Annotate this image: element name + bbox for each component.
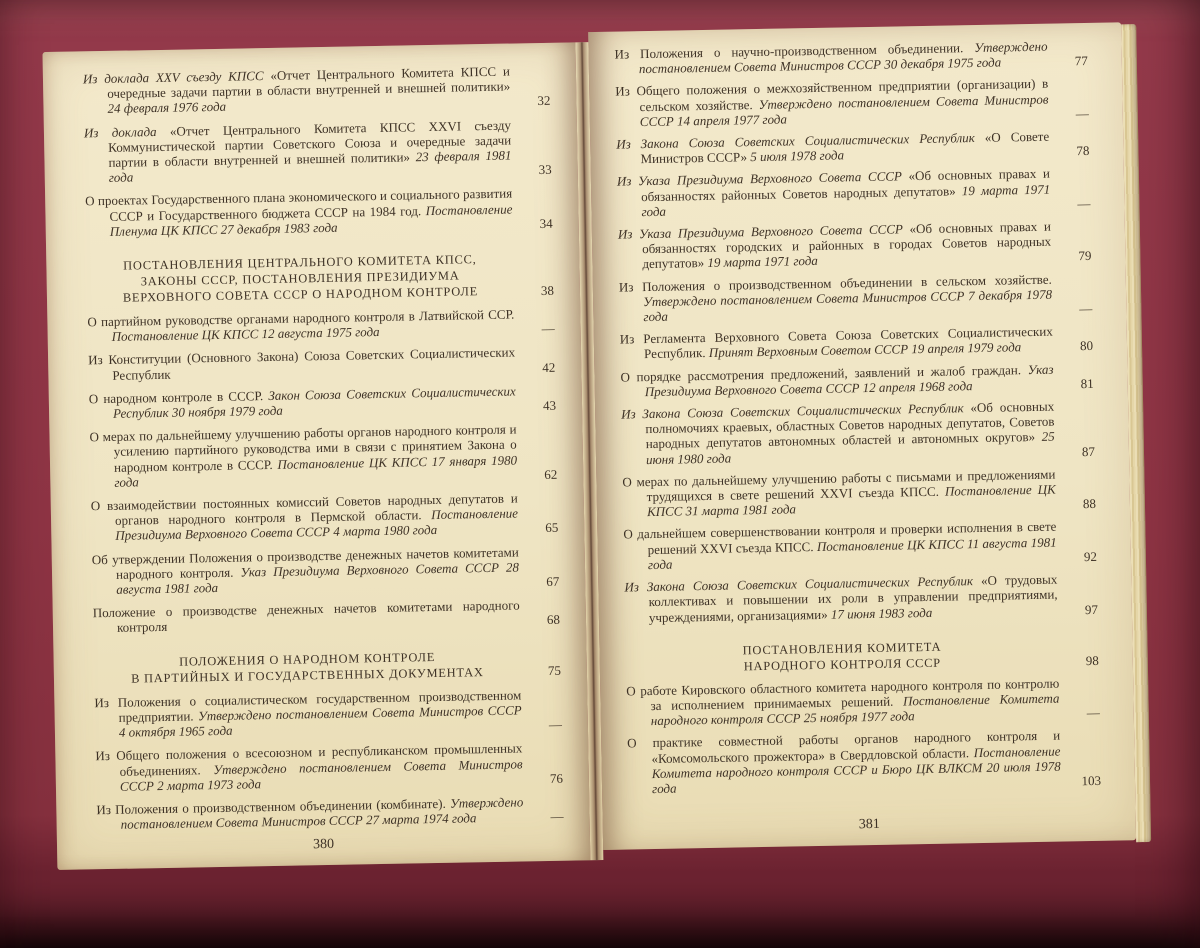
toc-entry: Из Конституции (Основного Закона) Союза …: [88, 344, 555, 383]
entry-page-number: 42: [515, 359, 555, 375]
entry-text: О дальнейшем совершенствовании контроля …: [623, 519, 1057, 573]
header-line: НАРОДНОГО КОНТРОЛЯ СССР: [744, 655, 941, 673]
toc-entry: Об утверждении Положения о производстве …: [92, 543, 560, 597]
entry-segment: 5 июля 1978 года: [750, 148, 844, 165]
entry-text: О работе Кировского областного комитета …: [626, 675, 1060, 729]
toc-entry: О взаимодействии постоянных комиссий Сов…: [91, 490, 559, 544]
header-line: ПОСТАНОВЛЕНИЯ КОМИТЕТА: [743, 639, 942, 657]
entry-page-number: 88: [1056, 496, 1096, 512]
entry-text: О партийном руководстве органами народно…: [87, 307, 514, 345]
toc-entry: О проектах Государственного плана эконом…: [85, 185, 553, 239]
entry-page-number: 75: [521, 663, 561, 679]
entry-page-number: 67: [519, 574, 559, 590]
toc-entry: О работе Кировского областного комитета …: [626, 675, 1100, 729]
entry-text: Из Положения о производственном объедине…: [96, 794, 523, 832]
entry-page-number: 33: [512, 162, 552, 178]
photo-of-open-book: Из доклада XXV съезду КПСС «Отчет Центра…: [0, 0, 1200, 948]
toc-entry: Из Положения о производственном объедине…: [96, 794, 563, 833]
toc-entry: Из Регламента Верховного Совета Союза Со…: [620, 323, 1093, 362]
entry-text: О взаимодействии постоянных комиссий Сов…: [91, 491, 519, 544]
toc-entry: Из Закона Союза Советских Социалистическ…: [616, 128, 1089, 167]
entry-page-number: 97: [1058, 601, 1098, 617]
entry-text: Положение о производстве денежных начето…: [93, 598, 520, 636]
toc-section-header: ПОСТАНОВЛЕНИЯ ЦЕНТРАЛЬНОГО КОМИТЕТА КПСС…: [86, 250, 554, 307]
toc-entry: О народном контроле в СССР. Закон Союза …: [89, 383, 556, 422]
toc-left-column: Из доклада XXV съезду КПСС «Отчет Центра…: [42, 42, 589, 834]
entry-text: О порядке рассмотрения предложений, заяв…: [620, 361, 1053, 399]
entry-text: Из Закона Союза Советских Социалистическ…: [616, 129, 1049, 167]
right-page-folio: 381: [603, 812, 1136, 838]
entry-page-number: —: [522, 717, 562, 733]
entry-text: Из Закона Союза Советских Социалистическ…: [624, 572, 1058, 626]
entry-page-number: 38: [514, 283, 554, 299]
entry-page-number: —: [1050, 196, 1090, 212]
entry-page-number: —: [523, 809, 563, 825]
entry-text: О практике совместной работы органов нар…: [627, 728, 1061, 797]
entry-page-number: 62: [517, 467, 557, 483]
entry-segment: 24 февраля 1976 года: [107, 99, 226, 116]
toc-entry: Из Положения о производственном объедине…: [619, 271, 1093, 325]
pages: Из доклада XXV съезду КПСС «Отчет Центра…: [42, 32, 1151, 870]
entry-page-number: 98: [1059, 652, 1099, 668]
toc-entry: О партийном руководстве органами народно…: [87, 306, 554, 345]
entry-text: Из Закона Союза Советских Социалистическ…: [621, 399, 1055, 468]
book-spread: Из доклада XXV съезду КПСС «Отчет Центра…: [14, 6, 1182, 911]
toc-entry: Из доклада XXV съезду КПСС «Отчет Центра…: [83, 63, 551, 117]
toc-entry: Из Положения о научно-производственном о…: [614, 38, 1087, 77]
toc-entry: О мерах по дальнейшему улучшению работы …: [622, 466, 1096, 520]
entry-text: Из Указа Президиума Верховного Совета СС…: [617, 166, 1051, 220]
entry-text: Из Положения о социалистическом государс…: [94, 687, 522, 740]
toc-entry: О порядке рассмотрения предложений, заяв…: [620, 361, 1093, 400]
entry-page-number: 65: [518, 520, 558, 536]
toc-entry: Из Общего положения о всесоюзном и респу…: [95, 740, 563, 794]
entry-page-number: —: [1060, 705, 1100, 721]
toc-entry: О дальнейшем совершенствовании контроля …: [623, 518, 1097, 572]
toc-entry: Из Общего положения о межхозяйственном п…: [615, 75, 1089, 129]
right-page: Из Положения о научно-производственном о…: [588, 22, 1136, 850]
entry-page-number: —: [1052, 301, 1092, 317]
entry-text: Из доклада «Отчет Центрального Комитета …: [84, 117, 512, 186]
toc-entry: Из Указа Президиума Верховного Совета СС…: [617, 165, 1091, 219]
toc-right-column: Из Положения о научно-производственном о…: [588, 22, 1135, 814]
entry-text: Из Общего положения о всесоюзном и респу…: [95, 741, 523, 794]
entry-page-number: 92: [1057, 549, 1097, 565]
entry-page-number: 77: [1048, 53, 1088, 69]
entry-text: Из Регламента Верховного Совета Союза Со…: [620, 324, 1053, 362]
entry-text: Из Конституции (Основного Закона) Союза …: [88, 345, 515, 383]
toc-entry: Из Закона Союза Советских Социалистическ…: [621, 398, 1095, 467]
entry-text: Из Положения о научно-производственном о…: [614, 39, 1047, 77]
entry-text: Из Общего положения о межхозяйственном п…: [615, 76, 1049, 130]
entry-page-number: 43: [516, 398, 556, 414]
toc-entry: Из Закона Союза Советских Социалистическ…: [624, 571, 1098, 625]
entry-segment: Из доклада: [84, 123, 170, 140]
toc-entry: Из Положения о социалистическом государс…: [94, 686, 562, 740]
entry-text: ПОСТАНОВЛЕНИЯ ЦЕНТРАЛЬНОГО КОМИТЕТА КПСС…: [86, 251, 514, 307]
entry-text: Из доклада XXV съезду КПСС «Отчет Центра…: [83, 64, 511, 117]
entry-text: Из Указа Президиума Верховного Совета СС…: [618, 219, 1052, 273]
left-page: Из доклада XXV съезду КПСС «Отчет Центра…: [42, 42, 590, 870]
entry-text: ПОЛОЖЕНИЯ О НАРОДНОМ КОНТРОЛЕВ ПАРТИЙНЫХ…: [94, 647, 522, 687]
entry-page-number: —: [514, 321, 554, 337]
entry-text: О проектах Государственного плана эконом…: [85, 186, 513, 239]
toc-section-header: ПОЛОЖЕНИЯ О НАРОДНОМ КОНТРОЛЕВ ПАРТИЙНЫХ…: [94, 646, 562, 687]
entry-page-number: 32: [510, 93, 550, 109]
entry-segment: Утверждено постановлением Совета Министр…: [643, 286, 1052, 324]
entry-page-number: 34: [513, 216, 553, 232]
entry-text: О мерах по дальнейшему улучшению работы …: [622, 466, 1056, 520]
left-page-folio: 380: [57, 832, 590, 858]
entry-page-number: 103: [1061, 773, 1101, 789]
entry-page-number: 68: [520, 612, 560, 628]
entry-text: ПОСТАНОВЛЕНИЯ КОМИТЕТАНАРОДНОГО КОНТРОЛЯ…: [625, 636, 1059, 676]
toc-entry: О практике совместной работы органов нар…: [627, 727, 1101, 796]
toc-section-header: ПОСТАНОВЛЕНИЯ КОМИТЕТАНАРОДНОГО КОНТРОЛЯ…: [625, 636, 1099, 677]
entry-segment: 17 июня 1983 года: [831, 604, 933, 621]
entry-segment: Положение о производстве денежных начето…: [93, 598, 520, 636]
entry-text: Об утверждении Положения о производстве …: [92, 544, 520, 597]
entry-page-number: 79: [1051, 248, 1091, 264]
toc-entry: Из доклада «Отчет Центрального Комитета …: [84, 116, 552, 185]
entry-page-number: 81: [1054, 376, 1094, 392]
entry-segment: Из Конституции (Основного Закона) Союза …: [88, 345, 515, 383]
entry-page-number: —: [1049, 106, 1089, 122]
toc-entry: Из Указа Президиума Верховного Совета СС…: [618, 218, 1092, 272]
entry-page-number: 80: [1053, 338, 1093, 354]
entry-text: Из Положения о производственном объедине…: [619, 271, 1053, 325]
toc-entry: О мерах по дальнейшему улучшению работы …: [89, 421, 557, 490]
entry-page-number: 78: [1049, 143, 1089, 159]
entry-page-number: 87: [1055, 444, 1095, 460]
entry-text: О народном контроле в СССР. Закон Союза …: [89, 383, 516, 421]
entry-segment: 19 марта 1971 года: [707, 253, 818, 270]
entry-page-number: 76: [523, 770, 563, 786]
toc-entry: Положение о производстве денежных начето…: [93, 597, 560, 636]
entry-text: О мерах по дальнейшему улучшению работы …: [89, 422, 517, 491]
